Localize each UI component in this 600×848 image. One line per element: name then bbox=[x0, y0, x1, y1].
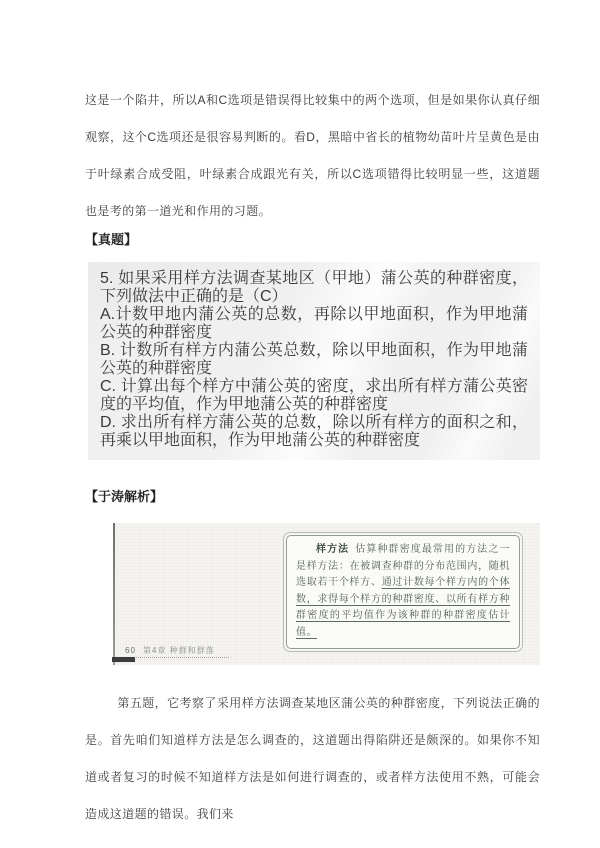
intro-paragraph: 这是一个陷井，所以A和C选项是错误得比较集中的两个选项，但是如果你认真仔细观察，… bbox=[85, 82, 540, 230]
definition-term: 样方法 bbox=[316, 544, 349, 555]
scan-chapter-title: 第4章 种群和群落 bbox=[143, 646, 215, 655]
section-label-analysis: 【于涛解析】 bbox=[85, 488, 163, 506]
section-label-real-question: 【真题】 bbox=[85, 231, 137, 249]
scan-page-spine bbox=[113, 523, 115, 665]
question-box: 5. 如果采用样方法调查某地区（甲地）蒲公英的种群密度，下列做法中正确的是（C）… bbox=[88, 262, 540, 460]
analysis-paragraph: 第五题，它考察了采用样方法调查某地区蒲公英的种群密度，下列说法正确的是。首先咱们… bbox=[85, 685, 540, 833]
document-page: 这是一个陷井，所以A和C选项是错误得比较集中的两个选项，但是如果你认真仔细观察，… bbox=[0, 0, 600, 848]
question-option-a: A.计数甲地内蒲公英的总数，再除以甲地面积，作为甲地蒲公英的种群密度 bbox=[100, 306, 528, 342]
scan-page-number: 60 bbox=[125, 646, 136, 655]
definition-text: 样方法估算种群密度最常用的方法之一是样方法：在被调查种群的分布范围内，随机选取若… bbox=[296, 542, 510, 641]
question-stem: 5. 如果采用样方法调查某地区（甲地）蒲公英的种群密度，下列做法中正确的是（C） bbox=[100, 270, 528, 306]
question-option-c: C. 计算出每个样方中蒲公英的密度，求出所有样方蒲公英密度的平均值，作为甲地蒲公… bbox=[100, 378, 528, 414]
question-option-b: B. 计数所有样方内蒲公英总数，除以甲地面积，作为甲地蒲公英的种群密度 bbox=[100, 342, 528, 378]
textbook-scan-image: 样方法估算种群密度最常用的方法之一是样方法：在被调查种群的分布范围内，随机选取若… bbox=[113, 523, 540, 665]
definition-box: 样方法估算种群密度最常用的方法之一是样方法：在被调查种群的分布范围内，随机选取若… bbox=[283, 532, 523, 652]
question-option-d: D. 求出所有样方蒲公英的总数，除以所有样方的面积之和，再乘以甲地面积，作为甲地… bbox=[100, 414, 528, 450]
scan-page-footer: 60第4章 种群和群落 bbox=[123, 645, 229, 658]
scan-footer-bar bbox=[112, 657, 135, 662]
